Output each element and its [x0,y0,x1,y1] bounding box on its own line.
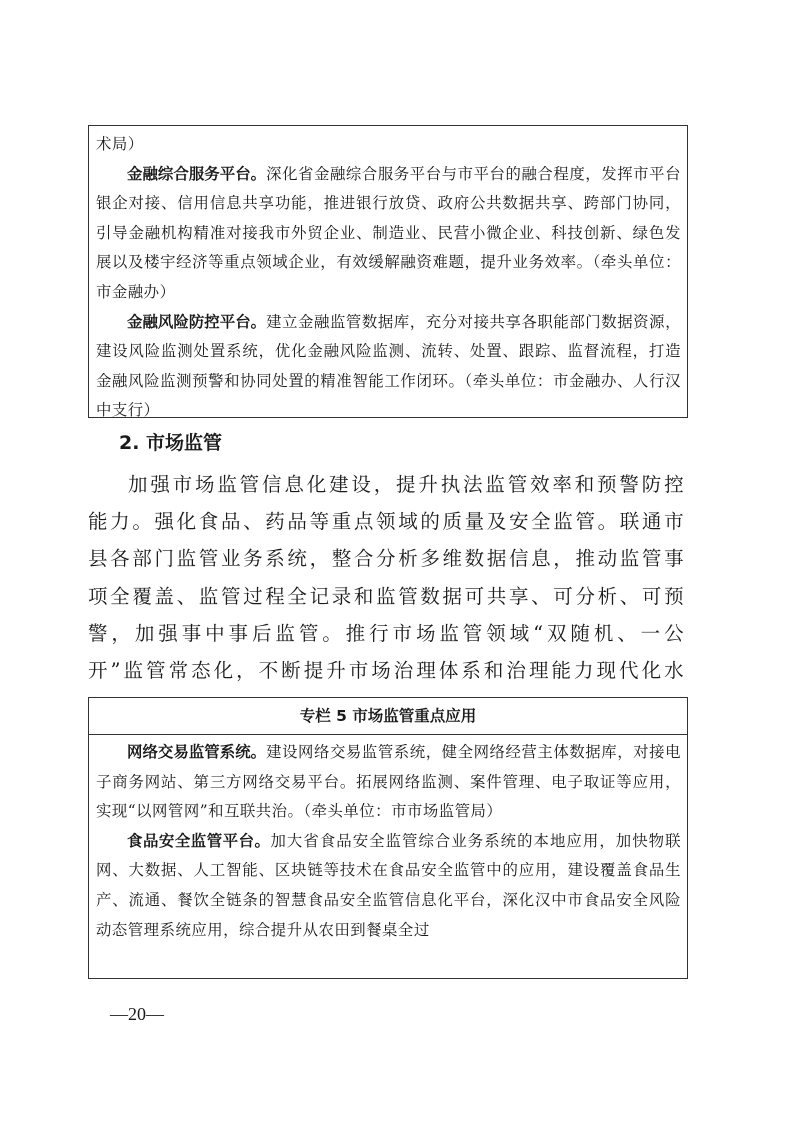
item-title: 网络交易监管系统。 [127,743,266,761]
box-item-financial-service-platform: 金融综合服务平台。深化省金融综合服务平台与市平台的融合程度，发挥市平台银企对接、… [96,160,681,308]
item-title: 金融综合服务平台。 [127,165,266,183]
section-paragraph: 加强市场监管信息化建设，提升执法监管效率和预警防控能力。强化食品、药品等重点领域… [88,466,686,726]
text-box-market-supervision: 专栏 5 市场监管重点应用 网络交易监管系统。建设网络交易监管系统，健全网络经营… [88,697,688,979]
box-header: 专栏 5 市场监管重点应用 [89,698,687,735]
section-heading: 2. 市场监管 [119,428,222,455]
text-box-financial-platforms: 术局） 金融综合服务平台。深化省金融综合服务平台与市平台的融合程度，发挥市平台银… [88,125,688,418]
box-body: 网络交易监管系统。建设网络交易监管系统，健全网络经营主体数据库，对接电子商务网站… [89,735,687,945]
box-body: 术局） 金融综合服务平台。深化省金融综合服务平台与市平台的融合程度，发挥市平台银… [89,126,687,426]
item-title: 食品安全监管平台。 [127,832,270,850]
box-item-food-safety-platform: 食品安全监管平台。加大省食品安全监管综合业务系统的本地应用，加快物联网、大数据、… [96,827,681,945]
box-item-online-trade-system: 网络交易监管系统。建设网络交易监管系统，健全网络经营主体数据库，对接电子商务网站… [96,738,681,827]
page-number: —20— [110,1004,164,1025]
item-text: 深化省金融综合服务平台与市平台的融合程度，发挥市平台银企对接、信用信息共享功能，… [96,165,681,301]
box-item-financial-risk-platform: 金融风险防控平台。建立金融监管数据库，充分对接共享各职能部门数据资源，建设风险监… [96,308,681,426]
item-title: 金融风险防控平台。 [127,313,266,331]
continuation-text: 术局） [96,130,681,160]
